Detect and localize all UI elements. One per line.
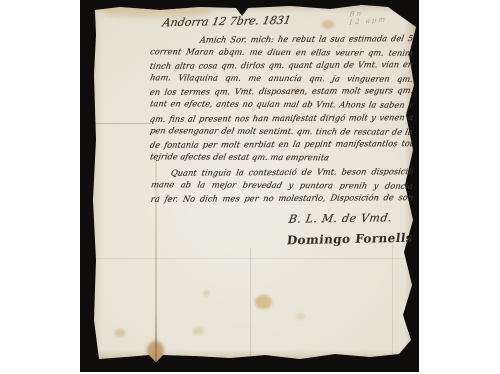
fold-crease-vertical-2 (250, 248, 251, 360)
stain-spot (115, 329, 125, 337)
fold-crease-vertical-3 (392, 233, 393, 358)
letter-body-paragraph-2: Quant tinguia la contestació de Vmt. bes… (151, 166, 413, 207)
handwritten-line: pen desenganar del molt sentimt. qm. tin… (150, 124, 413, 139)
letter-photograph: Andorra 12 7bre. 1831 Bn 12 apm Amich So… (0, 0, 500, 374)
handwritten-line: qm. fins al present nos han manifestat d… (150, 111, 413, 126)
letter-signature: Domingo Fornells (286, 231, 414, 248)
stain-spot (255, 295, 272, 309)
fold-crease-horizontal-2 (95, 258, 407, 259)
fold-crease-horizontal-1 (94, 123, 151, 124)
letter-body-paragraph-1: Amich Sor. mich: he rebut la sua estimad… (150, 33, 413, 165)
stain-spot (296, 313, 305, 320)
handwritten-line: ra fer. No dich mes per no molestarlo, D… (151, 191, 413, 206)
handwritten-line: tejride afectes del estat qm. ma empreni… (150, 150, 413, 165)
stain-spot (193, 327, 204, 335)
letter-valediction: B. L. M. de Vmd. (288, 211, 394, 225)
stain-spot (322, 20, 334, 29)
stain-spot (203, 290, 210, 296)
handwritten-line: tant en efecte, antes no quian mal ab Vm… (150, 98, 413, 113)
letter-dateline: Andorra 12 7bre. 1831 (161, 14, 292, 30)
